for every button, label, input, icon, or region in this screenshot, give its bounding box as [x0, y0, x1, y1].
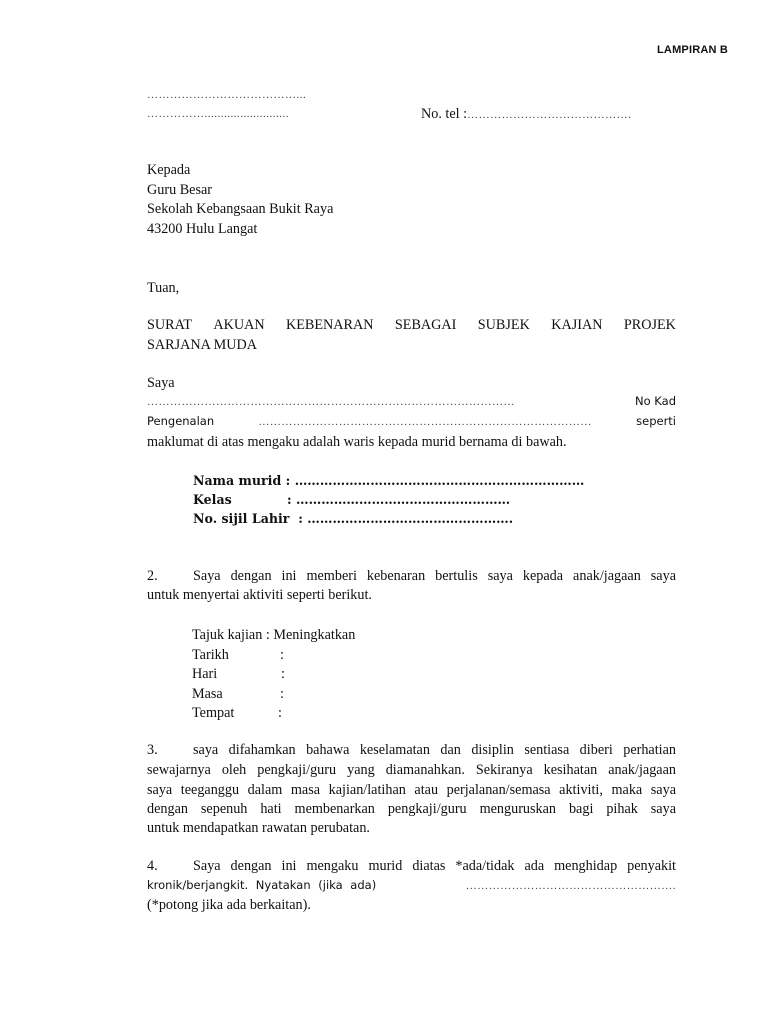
field-separator: : — [266, 627, 270, 643]
sender-address-line-1: …………………………………... — [147, 89, 306, 101]
recipient-line: 43200 Hulu Langat — [147, 220, 333, 240]
field-separator: : — [281, 666, 285, 682]
field-value: …………………………………………………………… — [295, 473, 585, 488]
subject-word: SUBJEK — [478, 317, 530, 334]
declaration-ic-line: Pengenalan ……………………………………………………………………………… — [147, 414, 676, 428]
activity-tajuk: Tajuk kajian : Meningkatkan — [192, 626, 355, 646]
section-text: saya difahamkan bahawa keselamatan dan d… — [193, 742, 676, 759]
field-label: Hari — [192, 665, 281, 685]
recipient-line: Sekolah Kebangsaan Bukit Raya — [147, 200, 333, 220]
section-4-line-3: (*potong jika ada berkaitan). — [147, 897, 311, 914]
declaration-saya: Saya — [147, 375, 175, 392]
sender-address-line-2: …………….......................... — [147, 108, 289, 120]
field-nama-murid: Nama murid : …………………………………………………………… — [193, 473, 584, 488]
field-separator: : — [280, 647, 284, 663]
section-number: 3. — [147, 742, 193, 759]
section-3-line-5: untuk mendapatkan rawatan perubatan. — [147, 820, 370, 837]
phone-dots: ……………………………………. — [467, 109, 631, 121]
section-2-line-1: 2. Saya dengan ini memberi kebenaran ber… — [147, 568, 676, 585]
field-separator: : — [278, 705, 282, 721]
field-label: Nama murid — [193, 473, 281, 488]
name-dots: …………………………………………………………………………………… — [147, 396, 635, 408]
section-4-line-1: 4. Saya dengan ini mengaku murid diatas … — [147, 858, 676, 875]
salutation: Tuan, — [147, 280, 179, 297]
ic-dots: …………………………………………………………………………… — [228, 416, 622, 428]
declaration-line-3: maklumat di atas mengaku adalah waris ke… — [147, 434, 567, 451]
recipient-block: Kepada Guru Besar Sekolah Kebangsaan Buk… — [147, 161, 333, 239]
section-number: 2. — [147, 568, 193, 585]
activity-fields: Tajuk kajian : Meningkatkan Tarikh: Hari… — [192, 626, 355, 724]
field-label: Masa — [192, 685, 280, 705]
subject-word: AKUAN — [213, 317, 264, 334]
activity-tempat: Tempat: — [192, 704, 355, 724]
section-text: kronik/berjangkit. Nyatakan (jika ada) — [147, 878, 376, 892]
field-separator: : — [286, 473, 291, 488]
field-value: …………………………………………… — [296, 492, 510, 507]
declaration-name-line: …………………………………………………………………………………… No Kad — [147, 394, 676, 408]
subject-line-1: SURAT AKUAN KEBENARAN SEBAGAI SUBJEK KAJ… — [147, 317, 676, 334]
section-text: Saya dengan ini memberi kebenaran bertul… — [193, 568, 676, 585]
section-3-line-3: saya teeganggu dalam masa kajian/latihan… — [147, 782, 676, 799]
subject-word: KAJIAN — [551, 317, 602, 334]
section-3-line-2: sewajarnya oleh pengkaji/guru yang diama… — [147, 762, 676, 779]
field-separator: : — [280, 686, 284, 702]
illness-dots: ………………………………………………. — [388, 880, 676, 892]
subject-word: SEBAGAI — [395, 317, 456, 334]
no-kad-label: No Kad — [635, 394, 676, 408]
field-separator: : — [298, 511, 303, 526]
attachment-label: LAMPIRAN B — [657, 44, 728, 56]
section-3-line-1: 3. saya difahamkan bahawa keselamatan da… — [147, 742, 676, 759]
activity-masa: Masa: — [192, 685, 355, 705]
phone-field: No. tel :……………………………………. — [421, 106, 631, 123]
phone-label: No. tel : — [421, 106, 467, 122]
field-label: Tajuk kajian — [192, 627, 262, 643]
section-text: Saya dengan ini mengaku murid diatas *ad… — [193, 858, 676, 875]
activity-hari: Hari: — [192, 665, 355, 685]
field-sijil-lahir: No. sijil Lahir : …………………………………………. — [193, 511, 513, 526]
field-label: No. sijil Lahir — [193, 511, 289, 526]
seperti-label: seperti — [636, 414, 676, 428]
section-3-line-4: dengan sepenuh hati membenarkan pengkaji… — [147, 801, 676, 818]
field-label: Tempat — [192, 704, 278, 724]
field-kelas: Kelas: …………………………………………… — [193, 492, 510, 507]
subject-word: KEBENARAN — [286, 317, 374, 334]
pengenalan-label: Pengenalan — [147, 414, 214, 428]
field-value: …………………………………………. — [307, 511, 513, 526]
subject-line-2: SARJANA MUDA — [147, 337, 257, 354]
activity-tarikh: Tarikh: — [192, 646, 355, 666]
field-separator: : — [287, 492, 292, 507]
recipient-line: Kepada — [147, 161, 333, 181]
field-label: Kelas — [193, 492, 287, 507]
recipient-line: Guru Besar — [147, 181, 333, 201]
section-number: 4. — [147, 858, 193, 875]
subject-word: SURAT — [147, 317, 192, 334]
field-label: Tarikh — [192, 646, 280, 666]
field-value: Meningkatkan — [273, 627, 355, 643]
subject-word: PROJEK — [624, 317, 676, 334]
section-2-line-2: untuk menyertai aktiviti seperti berikut… — [147, 587, 372, 604]
section-4-line-2: kronik/berjangkit. Nyatakan (jika ada) …… — [147, 878, 676, 892]
